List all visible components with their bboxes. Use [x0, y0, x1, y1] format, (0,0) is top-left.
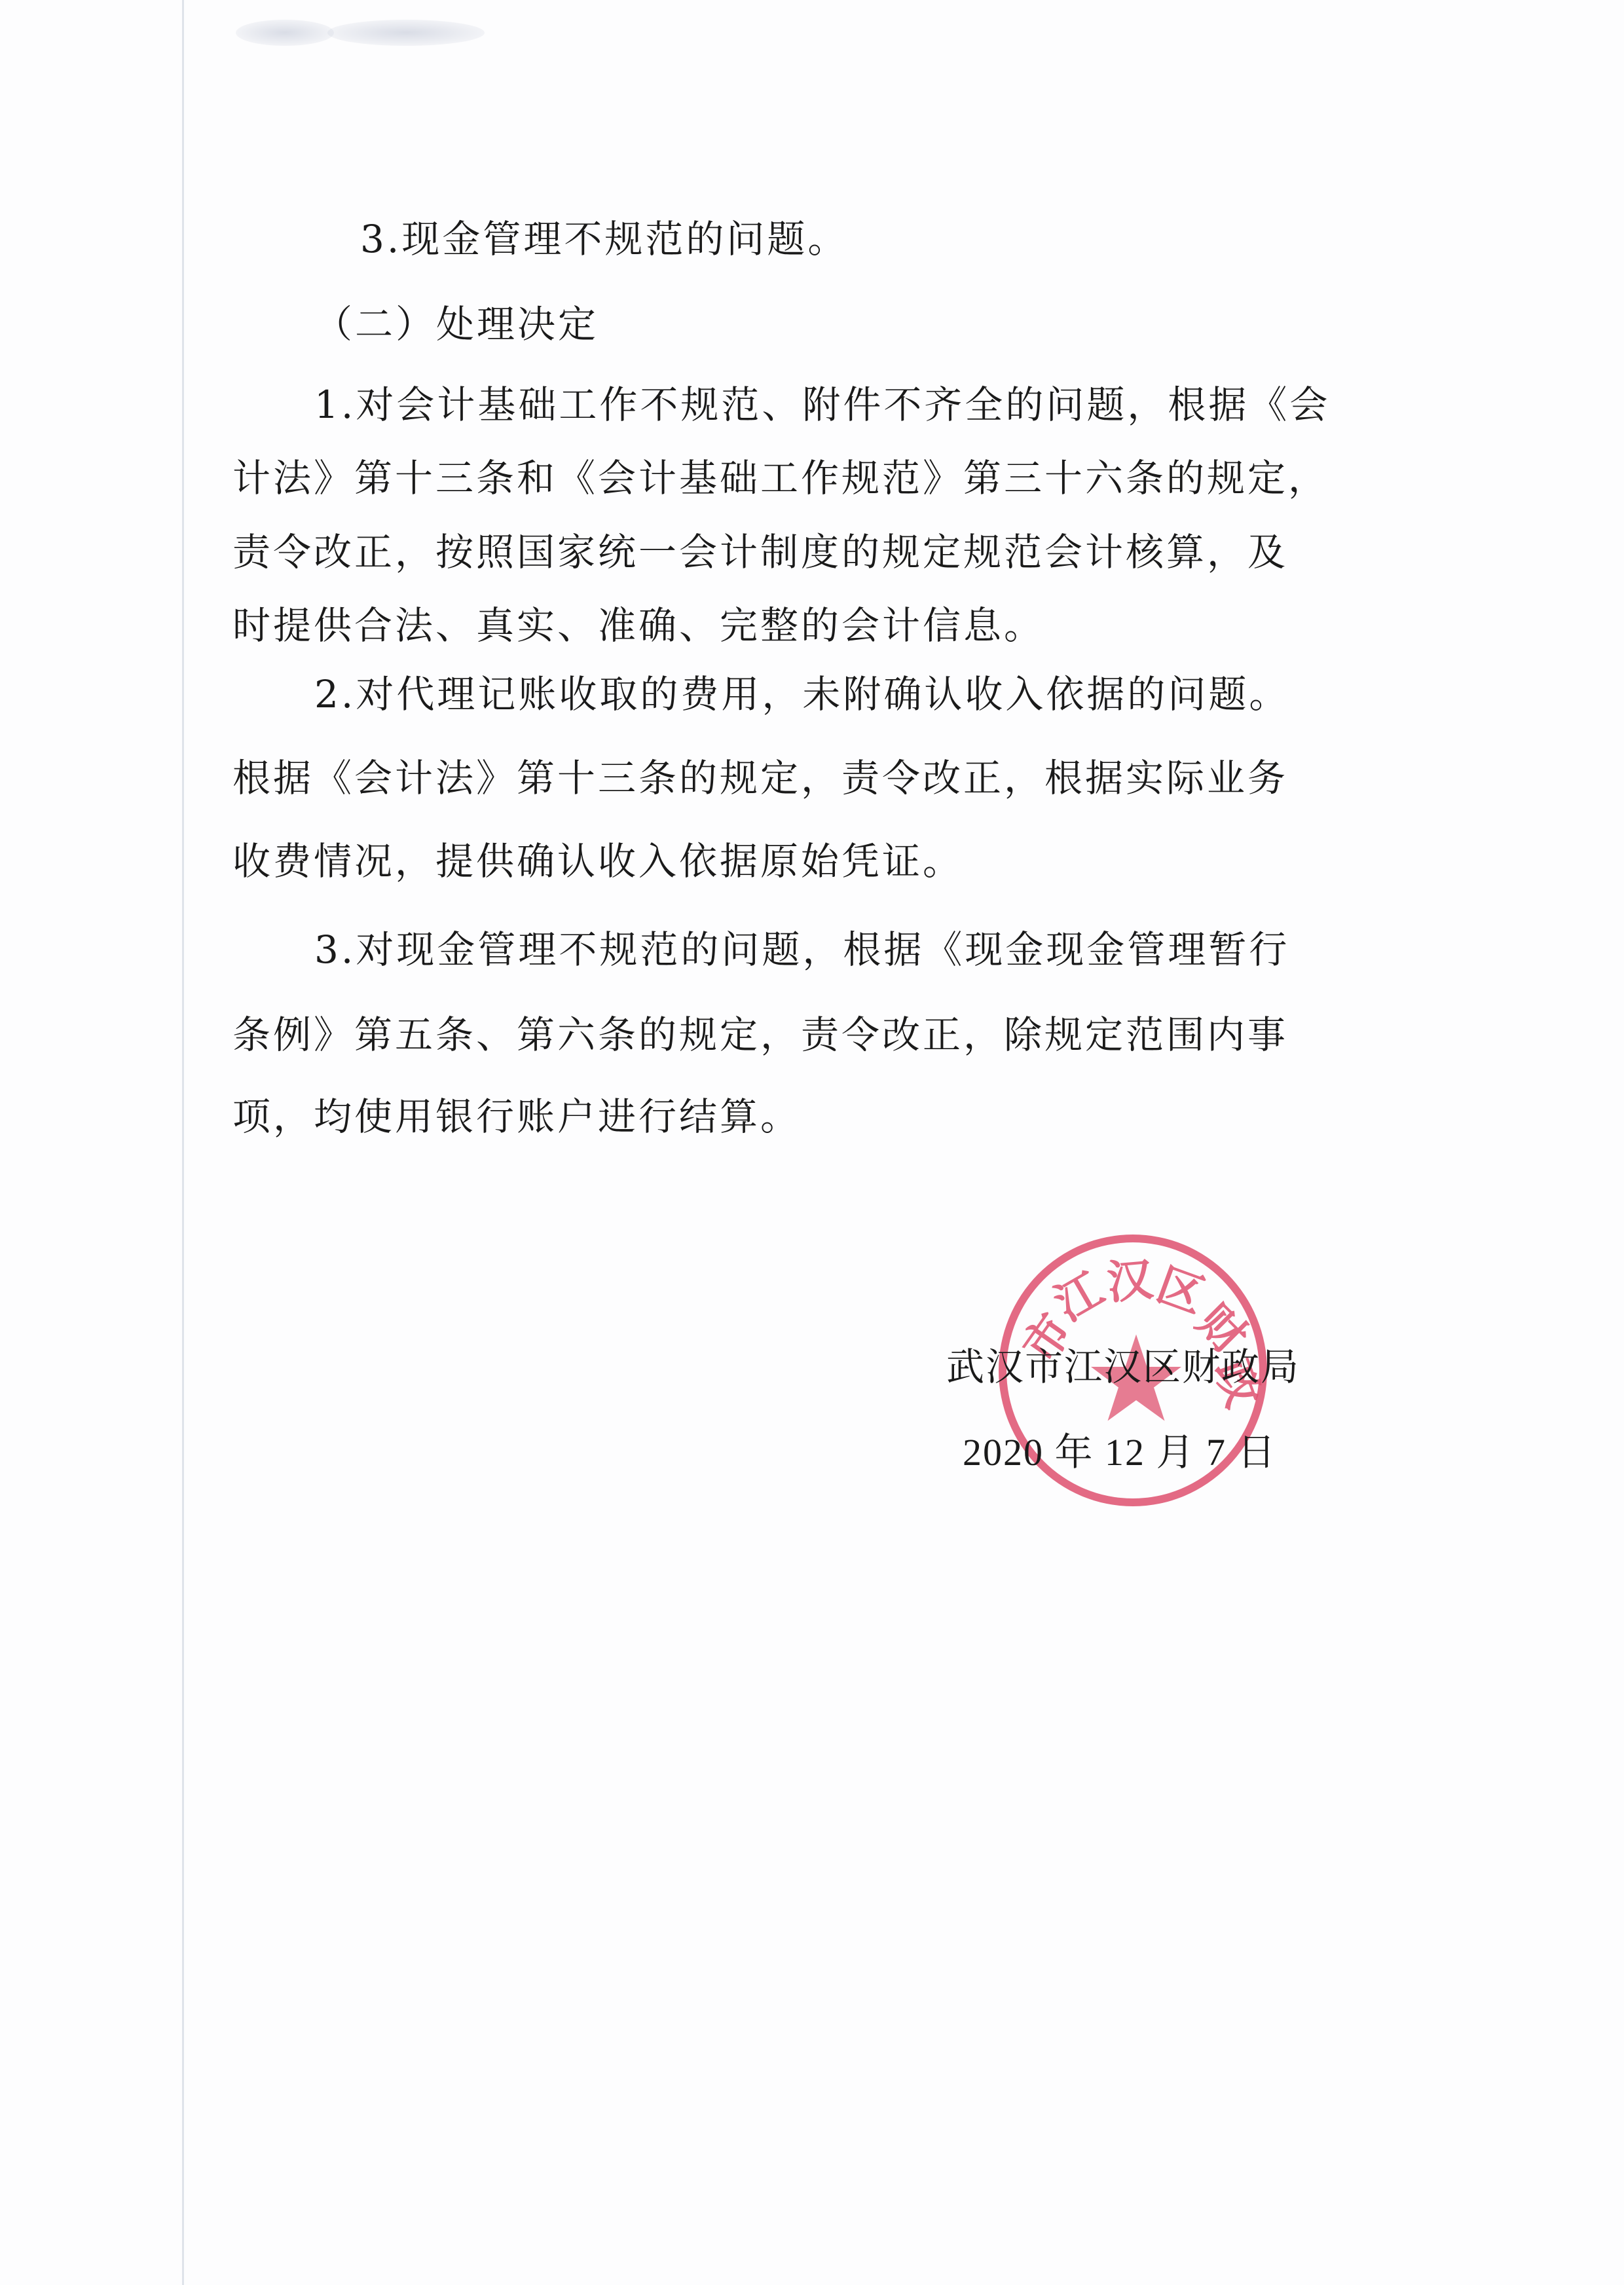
paragraph-line: 3.对现金管理不规范的问题，根据《现金现金管理暂行	[314, 927, 1289, 973]
paragraph-line: 收费情况，提供确认收入依据原始凭证。	[232, 838, 963, 884]
signature-organization: 武汉市江汉区财政局	[946, 1344, 1300, 1390]
subheading: （二）处理决定	[314, 301, 599, 347]
scan-artifact-line	[182, 0, 184, 2285]
signature-date: 2020 年 12 月 7 日	[963, 1430, 1277, 1476]
paragraph-line: 项，均使用银行账户进行结算。	[232, 1094, 801, 1140]
paragraph-line: 时提供合法、真实、准确、完整的会计信息。	[232, 603, 1044, 648]
paragraph-line: 计法》第十三条和《会计基础工作规范》第三十六条的规定，	[232, 455, 1329, 501]
scan-smudge	[327, 20, 485, 46]
paragraph-line: 1.对会计基础工作不规范、附件不齐全的问题，根据《会	[314, 382, 1330, 428]
scan-smudge	[236, 20, 334, 46]
paragraph-line: 责令改正，按照国家统一会计制度的规定规范会计核算，及	[232, 529, 1288, 575]
paragraph-line: 根据《会计法》第十三条的规定，责令改正，根据实际业务	[232, 755, 1288, 801]
paragraph-line: 条例》第五条、第六条的规定，责令改正，除规定范围内事	[232, 1012, 1288, 1058]
paragraph-line: 2.对代理记账收取的费用，未附确认收入依据的问题。	[314, 671, 1289, 717]
section-item-3: 3.现金管理不规范的问题。	[360, 216, 848, 262]
